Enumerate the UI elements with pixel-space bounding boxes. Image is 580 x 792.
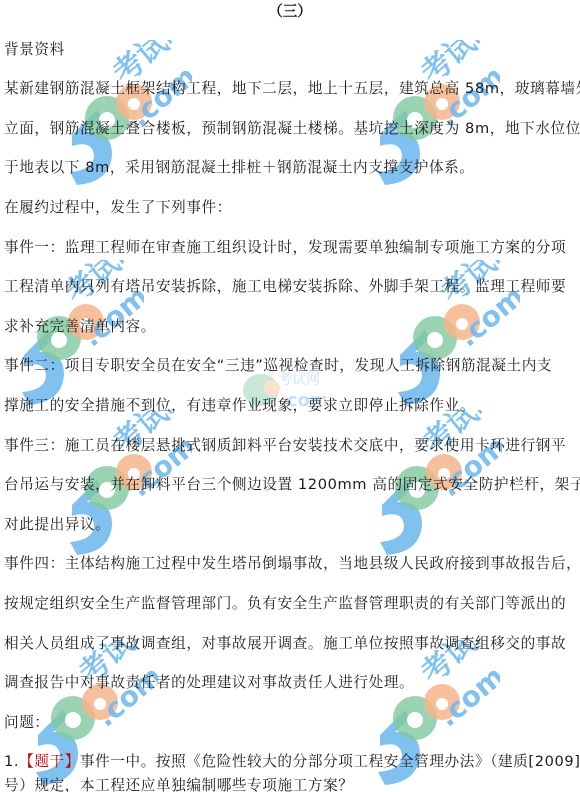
event4-line: 事件四：主体结构施工过程中发生塔吊倒塌事故，当地县级人民政府接到事故报告后， [4, 554, 580, 574]
questions-heading: 问题： [4, 713, 50, 733]
event4-line: 按规定组织安全生产监督管理部门。负有安全生产监督管理职责的有关部门等派出的 [4, 594, 566, 614]
background-heading: 背景资料 [4, 40, 65, 60]
event1-line: 工程清单内只列有塔吊安装拆除，施工电梯安装拆除、外脚手架工程。监理工程师要 [4, 277, 566, 297]
event3-line: 台吊运与安装，并在卸料平台三个侧边设置 1200mm 高的固定式安全防护栏杆，架… [4, 475, 580, 495]
event1-line: 事件一：监理工程师在审查施工组织设计时，发现需要单独编制专项施工方案的分项 [4, 238, 566, 258]
event2-line: 撑施工的安全措施不到位，有违章作业现象，要求立即停止拆除作业。 [4, 396, 475, 416]
svg-text:.com: .com [89, 659, 158, 733]
background-line: 某新建钢筋混凝土框架结构工程，地下二层，地上十五层，建筑总高 58m，玻璃幕墙外 [4, 79, 580, 99]
event2-line: 事件二：项目专职安全员在安全“三违”巡视检查时，发现人工拆除钢筋混凝土内支 [4, 356, 552, 376]
question-tag: 【题干】 [19, 753, 80, 770]
event4-line: 调查报告中对事故责任者的处理建议对事故责任人进行处理。 [4, 673, 414, 693]
background-line: 立面，钢筋混凝土叠合楼板，预制钢筋混凝土楼梯。基坑挖土深度为 8m，地下水位位 [4, 119, 580, 139]
background-line: 于地表以下 8m，采用钢筋混凝土排桩＋钢筋混凝土内支撑支护体系。 [4, 158, 475, 178]
event4-line: 相关人员组成了事故调查组，对事故展开调查。施工单位按照事故调查组移交的事故 [4, 634, 566, 654]
question-1-line2: 号）规定，本工程还应单独编制哪些专项施工方案？ [4, 776, 353, 792]
event3-line: 事件三：施工员在楼层悬挑式钢质卸料平台安装技术交底中，要求使用卡环进行钢平 [4, 436, 566, 456]
event1-line: 求补充完善清单内容。 [4, 317, 156, 337]
events-intro: 在履约过程中，发生了下列事件： [4, 198, 232, 218]
question-text: 事件一中。按照《危险性较大的分部分项工程安全管理办法》（建质[2009]87 [80, 753, 580, 770]
svg-text:.com: .com [431, 659, 500, 733]
section-title: （三） [0, 2, 580, 22]
event3-line: 对此提出异议。 [4, 515, 110, 535]
question-1-line1: 1.【题干】事件一中。按照《危险性较大的分部分项工程安全管理办法》（建质[200… [4, 752, 580, 772]
question-number: 1. [4, 753, 19, 770]
